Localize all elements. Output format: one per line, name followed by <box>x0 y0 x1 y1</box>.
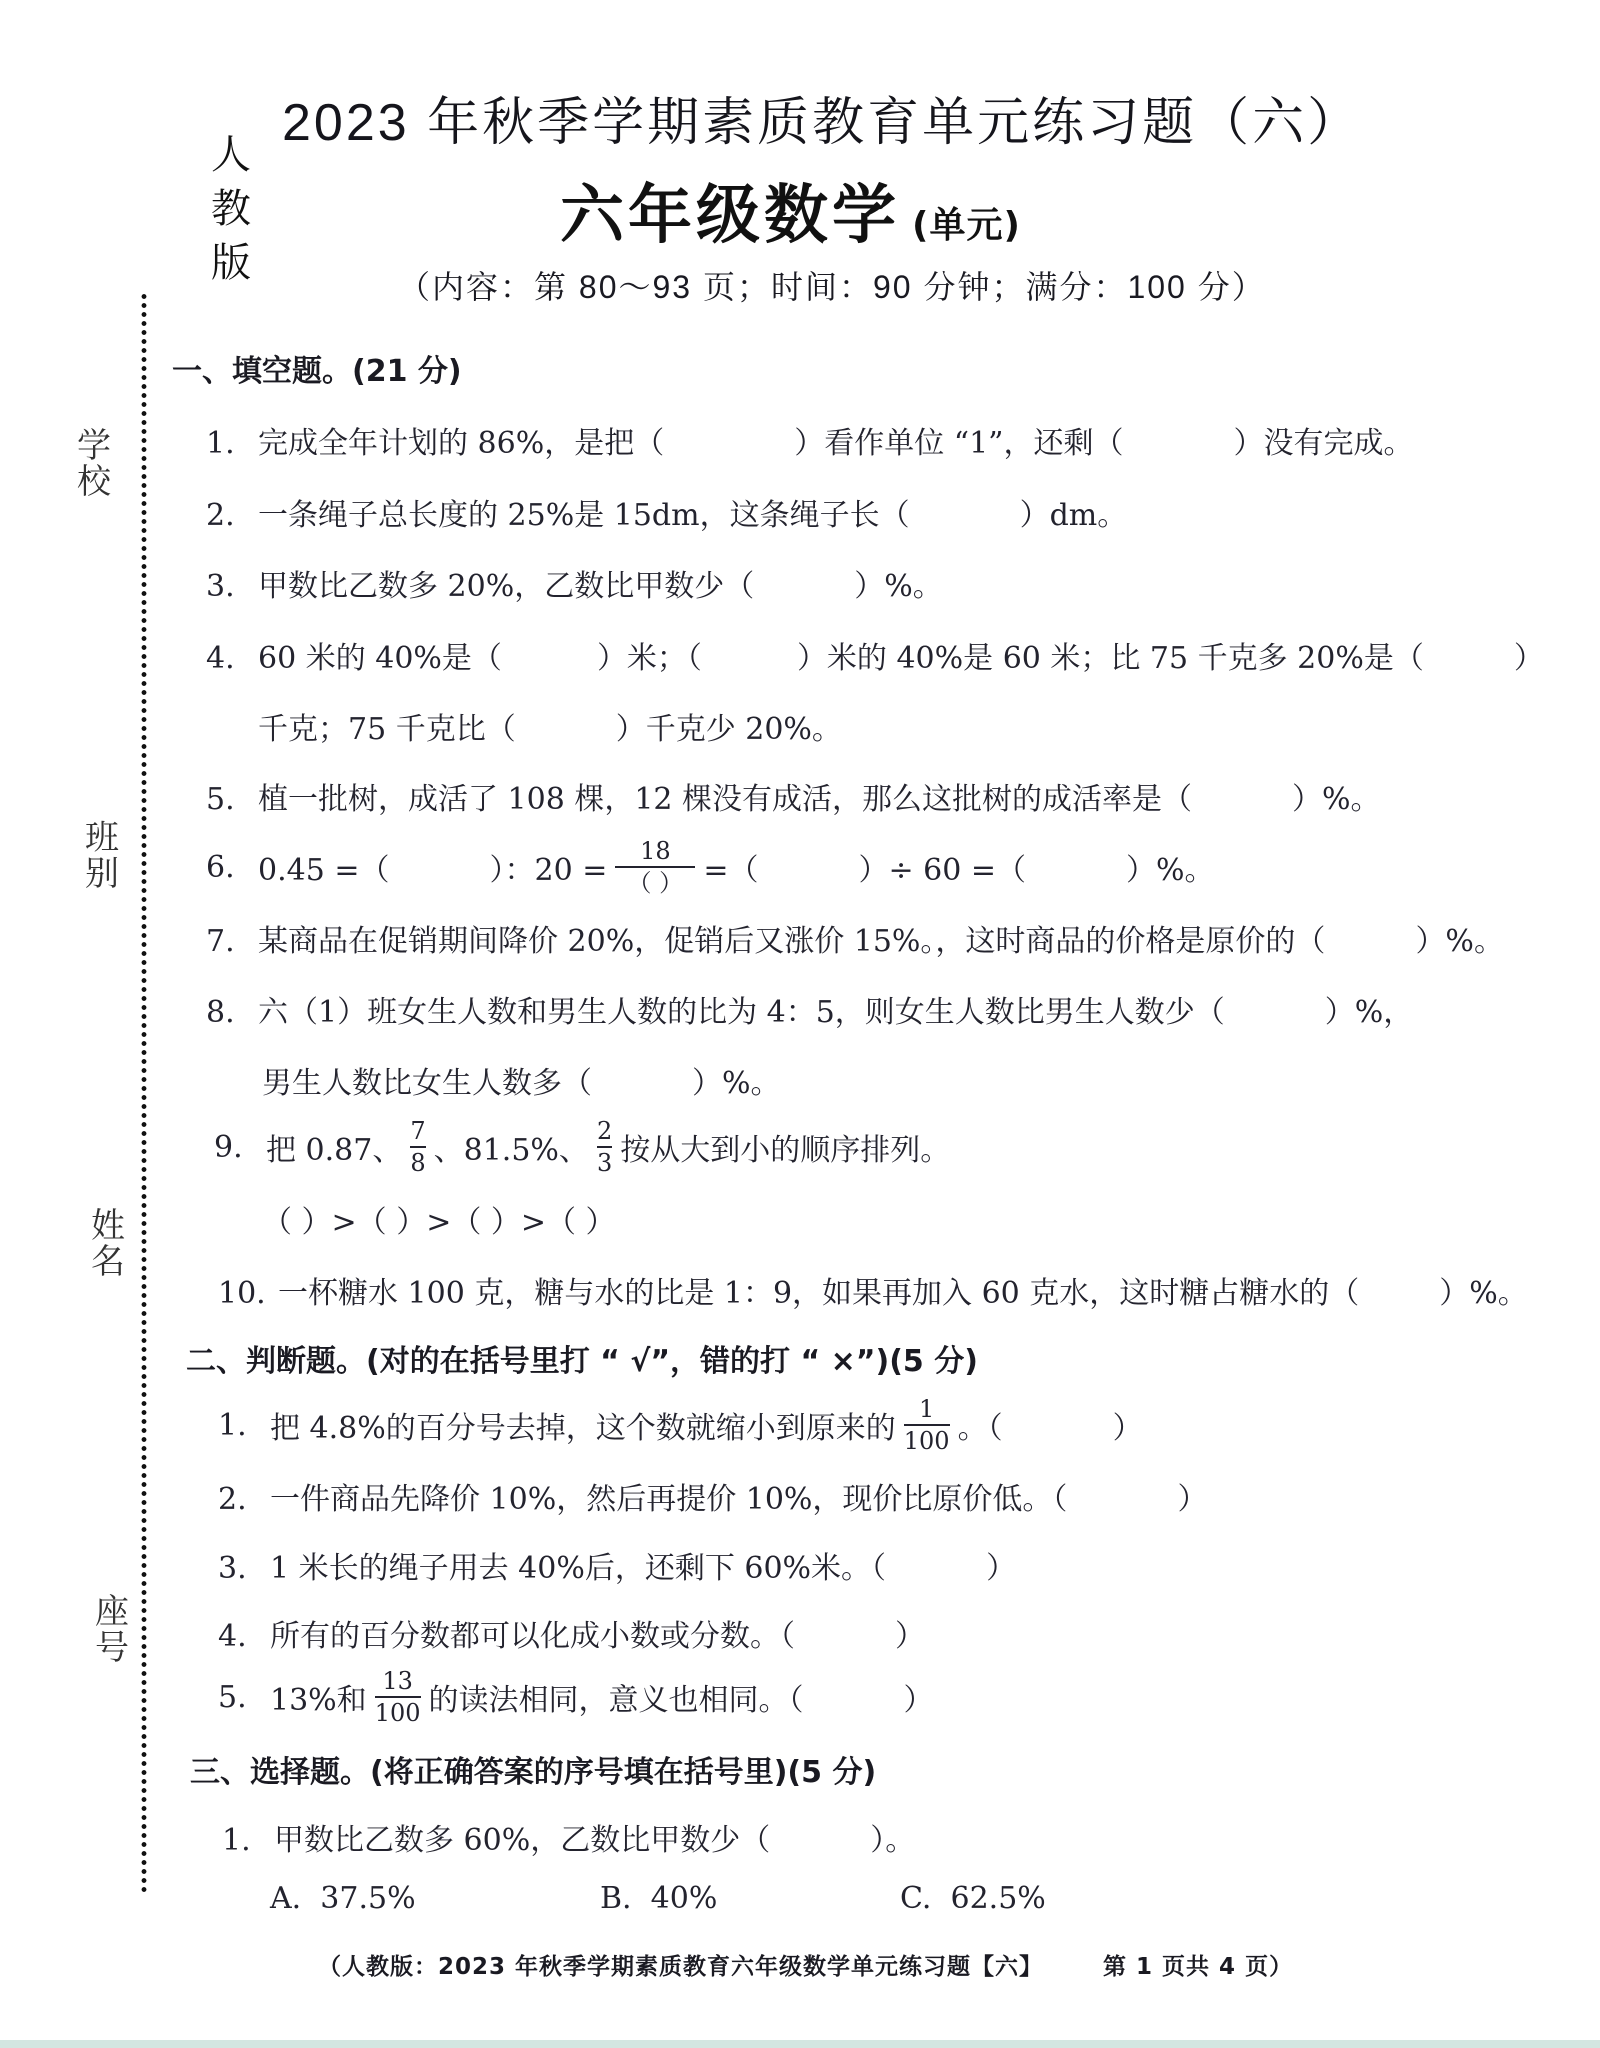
page-footer: （人教版：2023 年秋季学期素质教育六年级数学单元练习题【六】第 1 页共 4… <box>318 1948 1293 1981</box>
question-text: ）÷ 60 =（ <box>858 845 1026 889</box>
section-choice-heading: 三、选择题。(将正确答案的序号填在括号里)(5 分) <box>190 1747 876 1791</box>
fraction-bar <box>615 866 695 868</box>
question-text: 某商品在促销期间降价 20%，促销后又涨价 15%。，这时商品的价格是原价的（ <box>258 924 1325 959</box>
fraction: 13 100 <box>375 1668 421 1726</box>
question-text: ）%。 <box>1439 1276 1528 1311</box>
fraction-denominator-blank[interactable]: （ ） <box>628 870 684 896</box>
question-text: ）%。 <box>1415 924 1504 959</box>
option-value: 62.5% <box>951 1881 1046 1916</box>
exam-title: 2023 年秋季学期素质教育单元练习题（六） <box>282 80 1362 155</box>
question-text: 的读法相同，意义也相同。（ <box>429 1675 804 1719</box>
question-text: 一件商品先降价 10%，然后再提价 10%，现价比原价低。（ <box>270 1482 1067 1517</box>
option-value: 37.5% <box>320 1881 415 1916</box>
fraction-denominator: 8 <box>410 1150 425 1176</box>
side-label-name: 姓 名 <box>88 1208 128 1280</box>
question-text: 按从大到小的顺序排列。 <box>620 1125 950 1169</box>
question-text: ）%。 <box>854 569 943 604</box>
question-text: ） <box>1514 641 1544 676</box>
fraction-bar <box>375 1696 421 1698</box>
side-label-seat: 座 号 <box>92 1594 132 1666</box>
question-number: 3. <box>206 569 258 604</box>
scan-edge <box>0 2040 1600 2048</box>
question-number: 1. <box>222 1823 274 1858</box>
question-text: 六（1）班女生人数和男生人数的比为 4：5，则女生人数比男生人数少（ <box>258 995 1225 1030</box>
question-text: ）米；（ <box>597 641 702 676</box>
fraction: 2 3 <box>597 1118 612 1176</box>
label-char: 号 <box>92 1630 132 1666</box>
choice-question-1: 1.甲数比乙数多 60%，乙数比甲数少（）。 <box>222 1815 915 1859</box>
edition-char: 人 <box>206 128 256 182</box>
question-text: ）%。 <box>1126 845 1215 889</box>
fraction-denominator: 100 <box>375 1700 421 1726</box>
option-label: C. <box>900 1881 931 1916</box>
label-char: 班 <box>82 820 122 856</box>
question-text: ）看作单位 “1”，还剩（ <box>794 426 1123 461</box>
question-text: ）%。 <box>692 1066 781 1101</box>
fraction: 7 8 <box>410 1118 425 1176</box>
option-label: B. <box>600 1881 632 1916</box>
fill-question-6: 6.0.45 =（）：20 = 18 （ ） =（）÷ 60 =（）%。 <box>206 838 1215 896</box>
label-char: 名 <box>88 1244 128 1280</box>
choice-option-a[interactable]: A. 37.5% <box>270 1881 416 1916</box>
question-text: 所有的百分数都可以化成小数或分数。（ <box>270 1619 795 1654</box>
fraction-bar <box>597 1146 612 1148</box>
side-label-school: 学 校 <box>74 428 114 500</box>
question-number: 4. <box>218 1619 270 1654</box>
question-text: 把 4.8%的百分号去掉，这个数就缩小到原来的 <box>270 1403 896 1447</box>
question-text: 60 米的 40%是（ <box>258 641 502 676</box>
question-text: 一杯糖水 100 克，糖与水的比是 1：9，如果再加入 60 克水，这时糖占糖水… <box>278 1276 1359 1311</box>
question-text: ）%。 <box>1292 782 1381 817</box>
question-text: ）：20 = <box>489 845 607 889</box>
exam-info: （内容：第 80～93 页；时间：90 分钟；满分：100 分） <box>398 262 1266 308</box>
section-fill-heading: 一、填空题。(21 分) <box>172 346 462 390</box>
question-text: 。（ <box>958 1403 1003 1447</box>
question-text: ）。 <box>870 1823 915 1858</box>
label-char: 座 <box>92 1594 132 1630</box>
label-char: 校 <box>74 464 114 500</box>
fraction: 18 （ ） <box>615 838 695 896</box>
question-number: 10. <box>218 1276 278 1311</box>
question-text: ）千克少 20%。 <box>616 712 842 747</box>
page-number: 第 1 页共 4 页） <box>1103 1954 1293 1980</box>
question-number: 4. <box>206 641 258 676</box>
question-text: ） <box>1177 1482 1207 1517</box>
question-text: 0.45 =（ <box>258 845 389 889</box>
question-text: ） <box>1113 1403 1143 1447</box>
choice-option-c[interactable]: C. 62.5% <box>900 1881 1046 1916</box>
question-text: 把 0.87、 <box>266 1125 402 1169</box>
judge-question-3: 3.1 米长的绳子用去 40%后，还剩下 60%米。（） <box>218 1543 1016 1587</box>
question-text: 甲数比乙数多 60%，乙数比甲数少（ <box>274 1823 770 1858</box>
fill-question-9-order-blanks[interactable]: （ ）>（ ）>（ ）>（ ） <box>262 1197 616 1241</box>
edition-label: 人 教 版 <box>206 128 256 290</box>
fill-question-9: 9.把 0.87、 7 8 、81.5%、 2 3 按从大到小的顺序排列。 <box>214 1118 950 1176</box>
fraction-numerator: 7 <box>410 1118 425 1144</box>
fill-question-8-cont: 男生人数比女生人数多（）%。 <box>262 1058 781 1102</box>
judge-question-4: 4.所有的百分数都可以化成小数或分数。（） <box>218 1611 925 1655</box>
question-text: 男生人数比女生人数多（ <box>262 1066 592 1101</box>
fill-question-2: 2.一条绳子总长度的 25%是 15dm，这条绳子长（）dm。 <box>206 490 1127 534</box>
question-text: 完成全年计划的 86%，是把（ <box>258 426 664 461</box>
question-number: 3. <box>218 1551 270 1586</box>
binding-dotted-line <box>141 292 147 1892</box>
option-label: A. <box>270 1881 301 1916</box>
subject-tag: (单元) <box>912 205 1021 246</box>
fill-question-4: 4.60 米的 40%是（）米；（）米的 40%是 60 米；比 75 千克多 … <box>206 633 1544 677</box>
fraction-numerator: 18 <box>640 838 671 864</box>
fill-question-5: 5.植一批树，成活了 108 棵，12 棵没有成活，那么这批树的成活率是（）%。 <box>206 774 1381 818</box>
fraction-numerator: 2 <box>597 1118 612 1144</box>
fill-question-3: 3.甲数比乙数多 20%，乙数比甲数少（）%。 <box>206 561 943 605</box>
question-text: 一条绳子总长度的 25%是 15dm，这条绳子长（ <box>258 498 910 533</box>
question-text: 1 米长的绳子用去 40%后，还剩下 60%米。（ <box>270 1551 886 1586</box>
side-label-class: 班 别 <box>82 820 122 892</box>
fraction-denominator: 3 <box>597 1150 612 1176</box>
question-text: 植一批树，成活了 108 棵，12 棵没有成活，那么这批树的成活率是（ <box>258 782 1192 817</box>
subject-name: 六年级数学 <box>560 179 900 253</box>
label-char: 姓 <box>88 1208 128 1244</box>
question-number: 1. <box>218 1408 270 1443</box>
question-number: 2. <box>218 1482 270 1517</box>
question-text: 13%和 <box>270 1675 367 1719</box>
fraction: 1 100 <box>904 1396 950 1454</box>
question-number: 5. <box>218 1680 270 1715</box>
label-char: 别 <box>82 856 122 892</box>
question-text: ）dm。 <box>1020 498 1128 533</box>
question-text: ） <box>986 1551 1016 1586</box>
question-number: 8. <box>206 995 258 1030</box>
fill-question-1: 1.完成全年计划的 86%，是把（）看作单位 “1”，还剩（）没有完成。 <box>206 418 1414 462</box>
question-text: ） <box>895 1619 925 1654</box>
fill-question-7: 7.某商品在促销期间降价 20%，促销后又涨价 15%。，这时商品的价格是原价的… <box>206 916 1504 960</box>
question-text: ）%， <box>1325 995 1414 1030</box>
fill-question-4-cont: 千克；75 千克比（）千克少 20%。 <box>258 704 842 748</box>
question-text: =（ <box>703 845 758 889</box>
edition-char: 教 <box>206 182 256 236</box>
question-number: 1. <box>206 426 258 461</box>
question-number: 6. <box>206 850 258 885</box>
label-char: 学 <box>74 428 114 464</box>
fraction-denominator: 100 <box>904 1428 950 1454</box>
section-judge-heading: 二、判断题。(对的在括号里打 “ √”，错的打 “ ×”)(5 分) <box>186 1336 978 1380</box>
fraction-bar <box>410 1146 425 1148</box>
question-text: ）米的 40%是 60 米；比 75 千克多 20%是（ <box>797 641 1424 676</box>
question-text: ）没有完成。 <box>1234 426 1414 461</box>
fraction-numerator: 13 <box>382 1668 413 1694</box>
edition-char: 版 <box>206 236 256 290</box>
choice-option-b[interactable]: B. 40% <box>600 1881 717 1916</box>
fill-question-8: 8.六（1）班女生人数和男生人数的比为 4：5，则女生人数比男生人数少（）%， <box>206 987 1413 1031</box>
option-value: 40% <box>651 1881 718 1916</box>
question-number: 9. <box>214 1130 266 1165</box>
question-text: 千克；75 千克比（ <box>258 712 516 747</box>
fraction-bar <box>904 1424 950 1426</box>
question-text: ） <box>904 1675 934 1719</box>
fraction-numerator: 1 <box>919 1396 934 1422</box>
question-number: 5. <box>206 782 258 817</box>
question-number: 7. <box>206 924 258 959</box>
subject-title: 六年级数学(单元) <box>560 164 1021 256</box>
footer-title: （人教版：2023 年秋季学期素质教育六年级数学单元练习题【六】 <box>318 1954 1043 1980</box>
question-text: 甲数比乙数多 20%，乙数比甲数少（ <box>258 569 754 604</box>
judge-question-1: 1.把 4.8%的百分号去掉，这个数就缩小到原来的 1 100 。（） <box>218 1396 1143 1454</box>
judge-question-5: 5.13%和 13 100 的读法相同，意义也相同。（） <box>218 1668 934 1726</box>
question-number: 2. <box>206 498 258 533</box>
fill-question-10: 10.一杯糖水 100 克，糖与水的比是 1：9，如果再加入 60 克水，这时糖… <box>218 1268 1528 1312</box>
question-text: 、81.5%、 <box>434 1125 589 1169</box>
judge-question-2: 2.一件商品先降价 10%，然后再提价 10%，现价比原价低。（） <box>218 1474 1207 1518</box>
